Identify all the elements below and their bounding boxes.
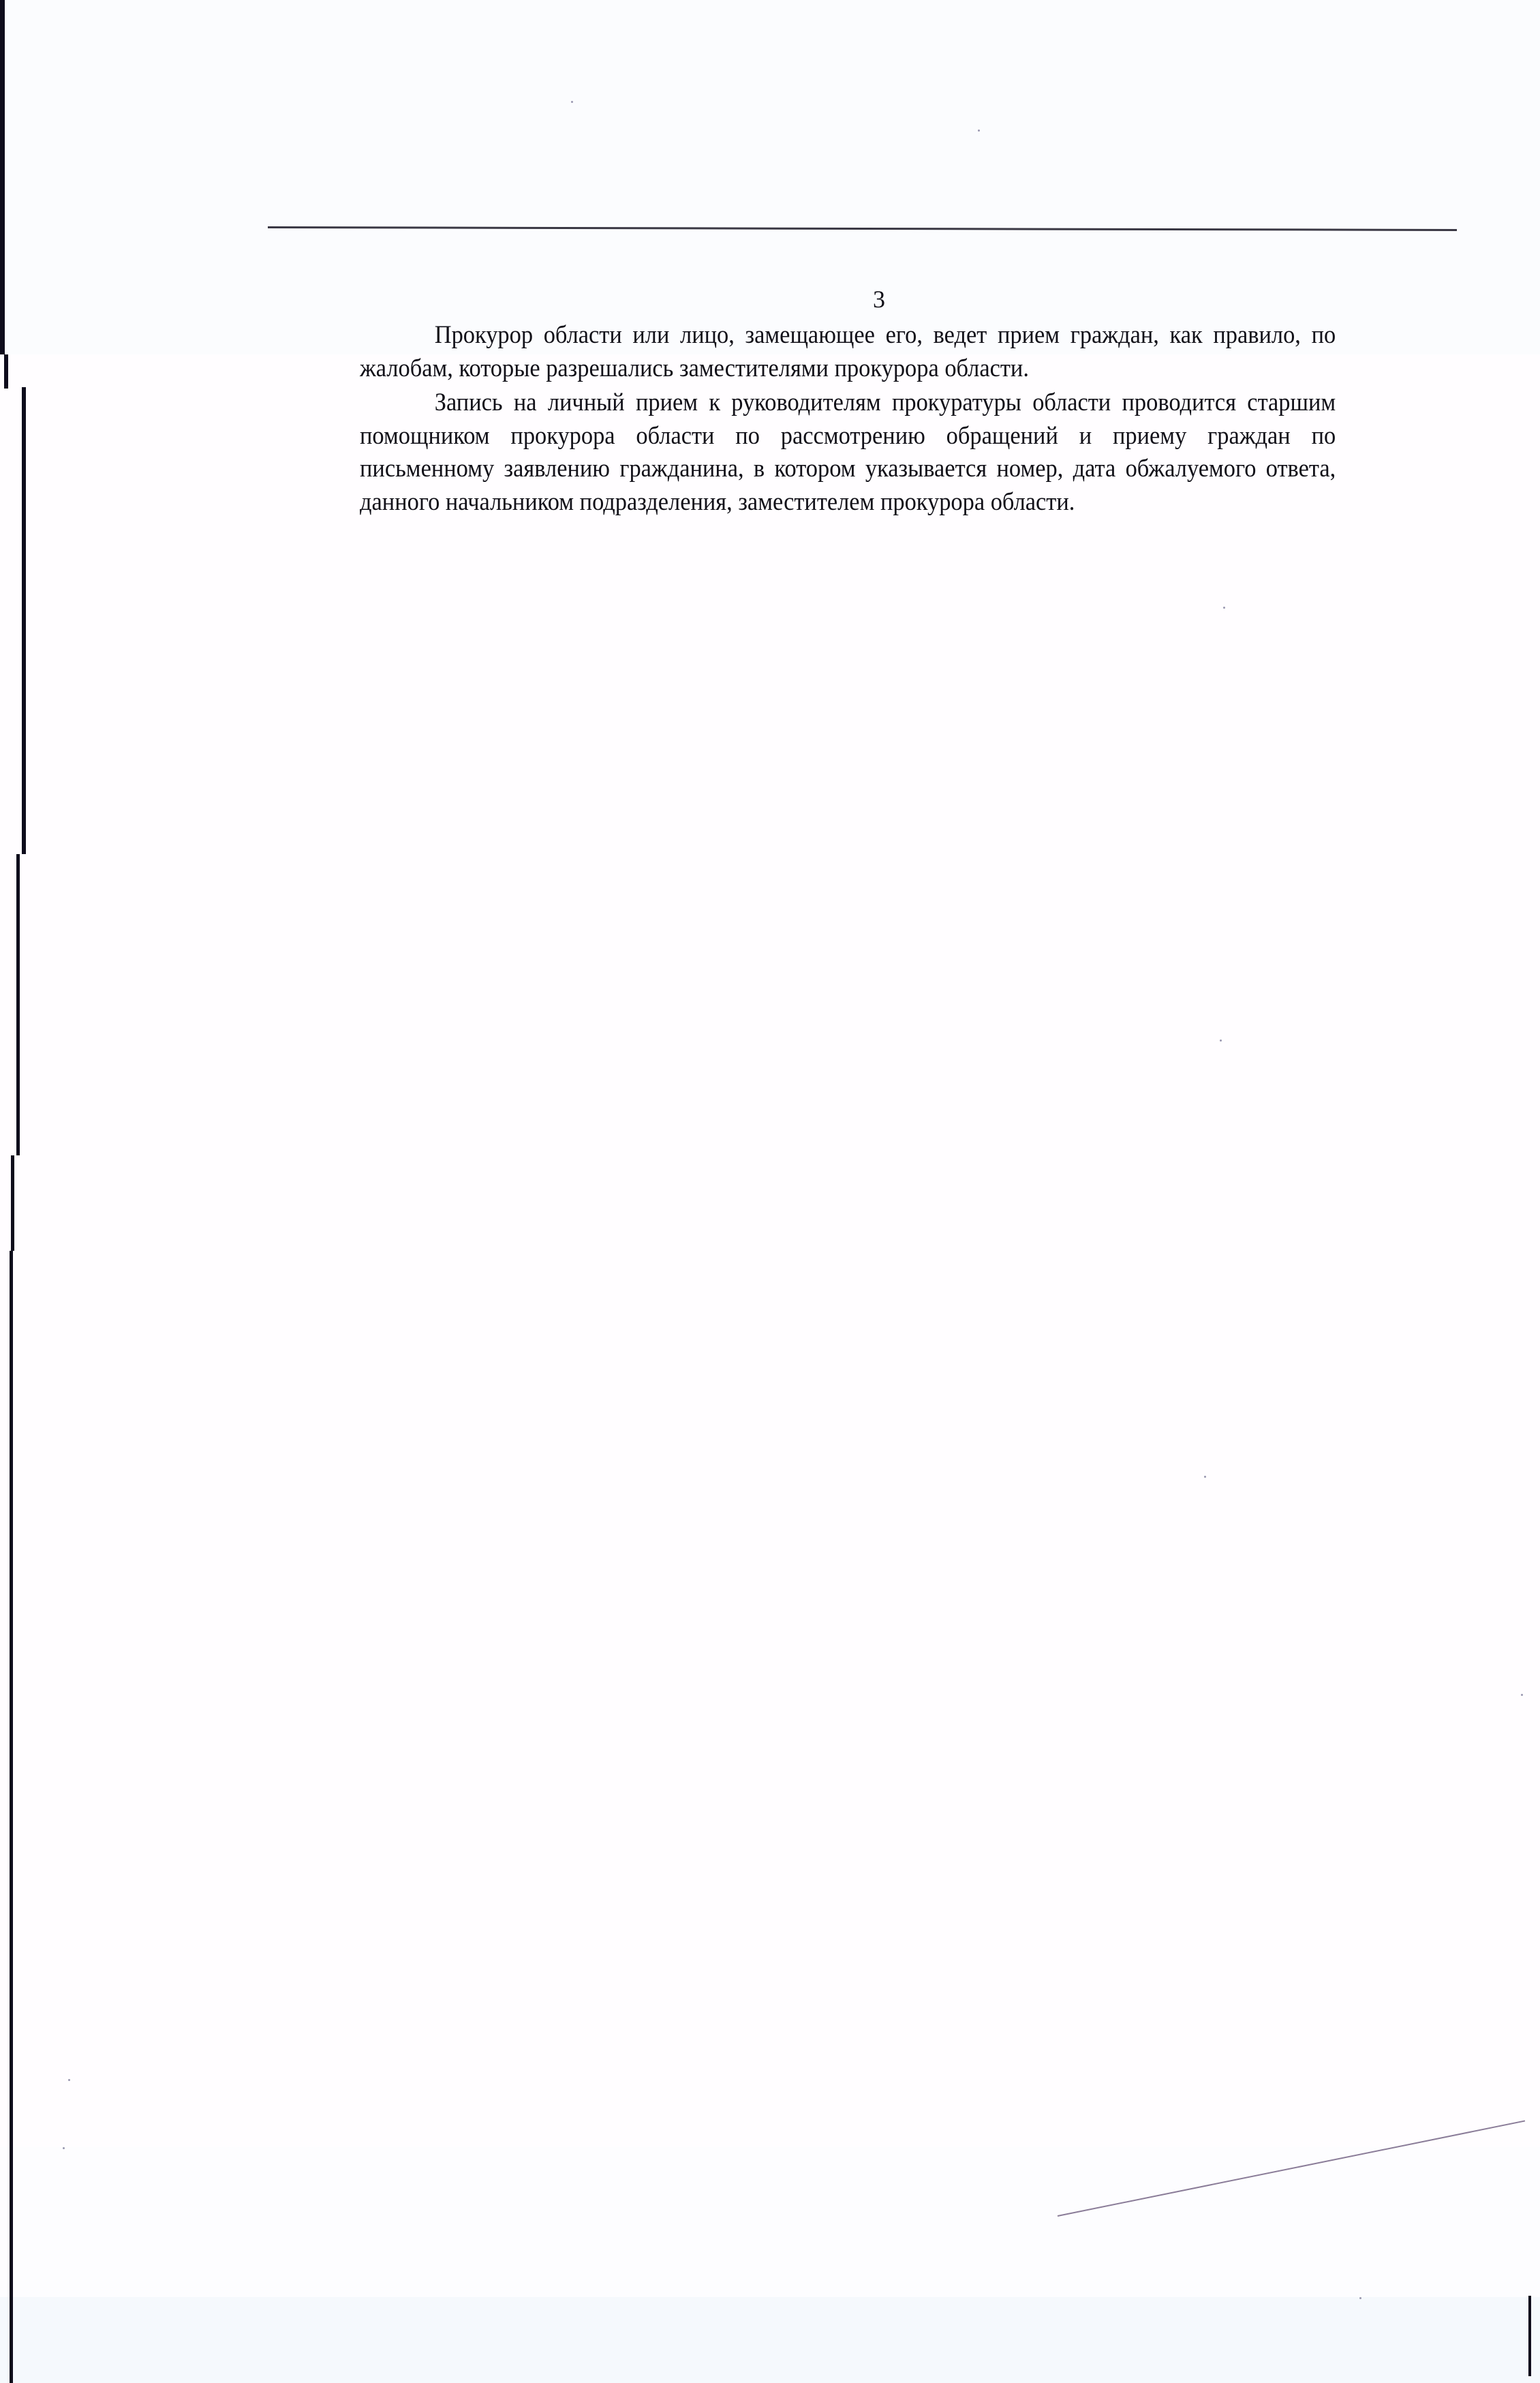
scan-speck xyxy=(68,2079,70,2081)
scan-edge-bar xyxy=(1528,2296,1531,2376)
paragraph: Прокурор области или лицо, замещающее ег… xyxy=(360,319,1336,385)
scan-edge-bar xyxy=(16,854,20,1155)
scan-speck xyxy=(1223,607,1225,609)
document-body: Прокурор области или лицо, замещающее ег… xyxy=(360,319,1336,519)
scan-speck xyxy=(1204,1476,1206,1478)
page-number: 3 xyxy=(859,283,899,316)
scan-speck xyxy=(1359,2297,1361,2299)
paragraph: Запись на личный прием к руководителям п… xyxy=(360,386,1336,519)
scan-edge-bar xyxy=(0,0,5,354)
scan-speck xyxy=(63,2147,65,2149)
scan-edge-bar xyxy=(22,387,26,854)
scan-edge-bar xyxy=(4,354,8,389)
scan-speck xyxy=(978,130,980,132)
scan-edge-bar xyxy=(10,1251,13,2383)
scan-speck xyxy=(571,101,573,103)
scan-edge-bar xyxy=(11,1155,14,1251)
scan-background-bottom xyxy=(0,2297,1540,2383)
scan-background-middle xyxy=(0,354,1540,2147)
scan-background-top xyxy=(0,0,1540,354)
scan-speck xyxy=(1220,1039,1222,1042)
scan-speck xyxy=(1521,1694,1523,1696)
